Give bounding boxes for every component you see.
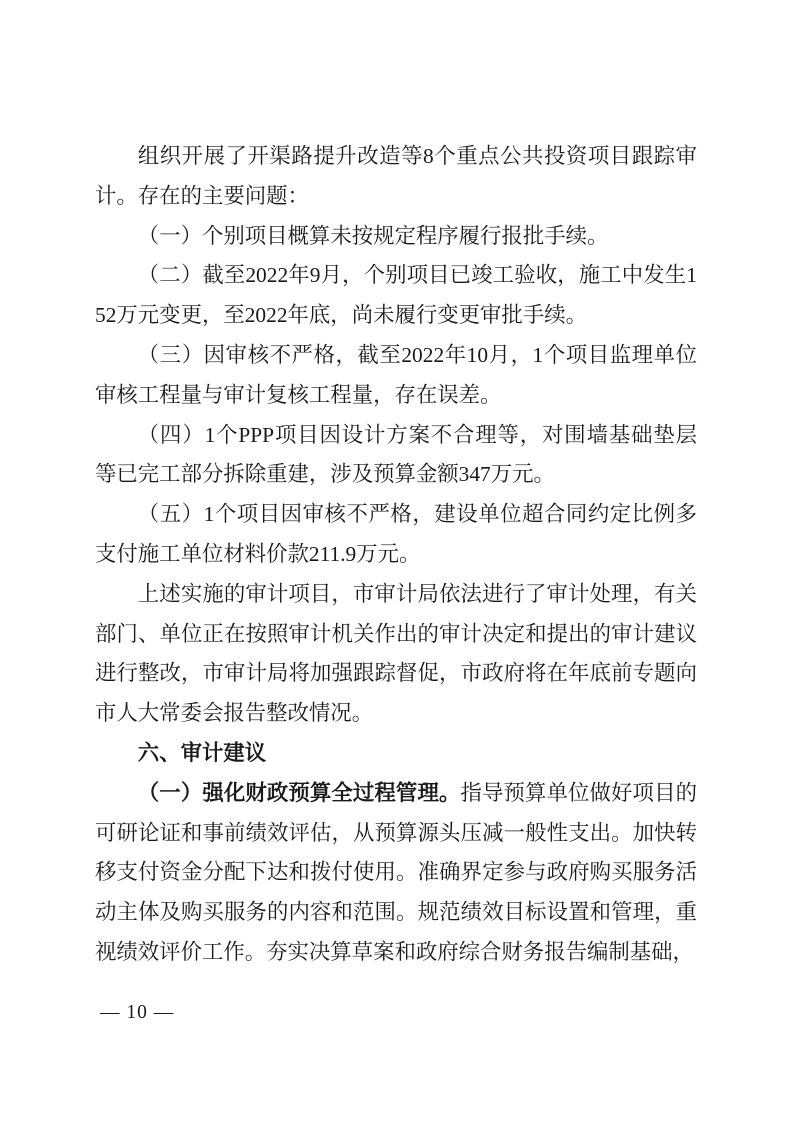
paragraph-rectification-status: 上述实施的审计项目，市审计局依法进行了审计处理，有关部门、单位正在按照审计机关作… xyxy=(95,575,697,734)
section-heading-audit-recommendations: 六、审计建议 xyxy=(95,734,697,774)
page-body-text: 组织开展了开渠路提升改造等8个重点公共投资项目跟踪审计。存在的主要问题： （一）… xyxy=(95,137,697,973)
page-number: — 10 — xyxy=(100,1000,174,1026)
paragraph-finding-3: （三）因审核不严格，截至2022年10月，1个项目监理单位审核工程量与审计复核工… xyxy=(95,336,697,416)
paragraph-finding-4: （四）1个PPP项目因设计方案不合理等，对围墙基础垫层等已完工部分拆除重建，涉及… xyxy=(95,416,697,496)
recommendation-1-lead: （一）强化财政预算全过程管理。 xyxy=(138,781,461,805)
paragraph-intro: 组织开展了开渠路提升改造等8个重点公共投资项目跟踪审计。存在的主要问题： xyxy=(95,137,697,217)
document-page: 组织开展了开渠路提升改造等8个重点公共投资项目跟踪审计。存在的主要问题： （一）… xyxy=(0,0,793,1122)
recommendation-1-body: 指导预算单位做好项目的可研论证和事前绩效评估，从预算源头压减一般性支出。加快转移… xyxy=(95,781,697,964)
paragraph-recommendation-1: （一）强化财政预算全过程管理。指导预算单位做好项目的可研论证和事前绩效评估，从预… xyxy=(95,774,697,973)
paragraph-finding-1: （一）个别项目概算未按规定程序履行报批手续。 xyxy=(95,217,697,257)
paragraph-finding-5: （五）1个项目因审核不严格，建设单位超合同约定比例多支付施工单位材料价款211.… xyxy=(95,495,697,575)
paragraph-finding-2: （二）截至2022年9月，个别项目已竣工验收，施工中发生152万元变更，至202… xyxy=(95,256,697,336)
